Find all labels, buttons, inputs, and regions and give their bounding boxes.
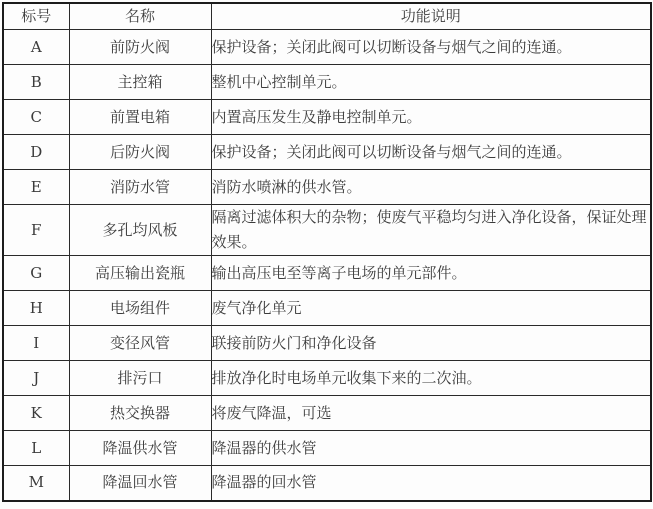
column-header-desc: 功能说明 [211,3,651,30]
row-description-cell: 消防水喷淋的供水管。 [211,170,651,205]
row-name-cell: 降温回水管 [69,466,211,501]
column-header-name: 名称 [69,3,211,30]
row-label-cell: J [3,361,69,396]
document-page: 标号 名称 功能说明 A 前防火阀 保护设备；关闭此阀可以切断设备与烟气之间的连… [0,0,653,509]
table-row: D 后防火阀 保护设备；关闭此阀可以切断设备与烟气之间的连通。 [3,135,651,170]
row-name-cell: 后防火阀 [69,135,211,170]
table-row: L 降温供水管 降温器的供水管 [3,431,651,466]
table-row: E 消防水管 消防水喷淋的供水管。 [3,170,651,205]
row-description-cell: 保护设备；关闭此阀可以切断设备与烟气之间的连通。 [211,135,651,170]
table-row: F 多孔均风板 隔离过滤体积大的杂物；使废气平稳均匀进入净化设备，保证处理效果。 [3,205,651,256]
column-header-id: 标号 [3,3,69,30]
row-label-cell: G [3,256,69,291]
table-row: K 热交换器 将废气降温，可选 [3,396,651,431]
row-description-cell: 降温器的供水管 [211,431,651,466]
row-label-cell: E [3,170,69,205]
row-label-cell: K [3,396,69,431]
row-description-cell: 内置高压发生及静电控制单元。 [211,100,651,135]
row-label-cell: I [3,326,69,361]
row-name-cell: 前防火阀 [69,30,211,65]
row-name-cell: 降温供水管 [69,431,211,466]
table-row: I 变径风管 联接前防火门和净化设备 [3,326,651,361]
row-description-cell: 废气净化单元 [211,291,651,326]
row-label-cell: M [3,466,69,501]
row-description-cell: 联接前防火门和净化设备 [211,326,651,361]
table-row: B 主控箱 整机中心控制单元。 [3,65,651,100]
row-label-cell: F [3,205,69,256]
row-name-cell: 前置电箱 [69,100,211,135]
row-description-cell: 排放净化时电场单元收集下来的二次油。 [211,361,651,396]
row-name-cell: 消防水管 [69,170,211,205]
row-description-cell: 整机中心控制单元。 [211,65,651,100]
table-row: J 排污口 排放净化时电场单元收集下来的二次油。 [3,361,651,396]
row-description-cell: 将废气降温，可选 [211,396,651,431]
table-row: H 电场组件 废气净化单元 [3,291,651,326]
table-row: G 高压输出瓷瓶 输出高压电至等离子电场的单元部件。 [3,256,651,291]
row-label-cell: D [3,135,69,170]
row-name-cell: 热交换器 [69,396,211,431]
row-name-cell: 电场组件 [69,291,211,326]
row-label-cell: L [3,431,69,466]
row-description-cell: 输出高压电至等离子电场的单元部件。 [211,256,651,291]
component-function-table: 标号 名称 功能说明 A 前防火阀 保护设备；关闭此阀可以切断设备与烟气之间的连… [2,2,652,502]
table-row: M 降温回水管 降温器的回水管 [3,466,651,501]
row-name-cell: 高压输出瓷瓶 [69,256,211,291]
row-name-cell: 主控箱 [69,65,211,100]
row-label-cell: C [3,100,69,135]
row-description-cell: 降温器的回水管 [211,466,651,501]
row-name-cell: 变径风管 [69,326,211,361]
table-row: C 前置电箱 内置高压发生及静电控制单元。 [3,100,651,135]
row-description-cell: 保护设备；关闭此阀可以切断设备与烟气之间的连通。 [211,30,651,65]
row-label-cell: B [3,65,69,100]
row-description-cell: 隔离过滤体积大的杂物；使废气平稳均匀进入净化设备，保证处理效果。 [211,205,651,256]
row-label-cell: H [3,291,69,326]
row-label-cell: A [3,30,69,65]
row-name-cell: 排污口 [69,361,211,396]
table-header-row: 标号 名称 功能说明 [3,3,651,30]
table-row: A 前防火阀 保护设备；关闭此阀可以切断设备与烟气之间的连通。 [3,30,651,65]
row-name-cell: 多孔均风板 [69,205,211,256]
